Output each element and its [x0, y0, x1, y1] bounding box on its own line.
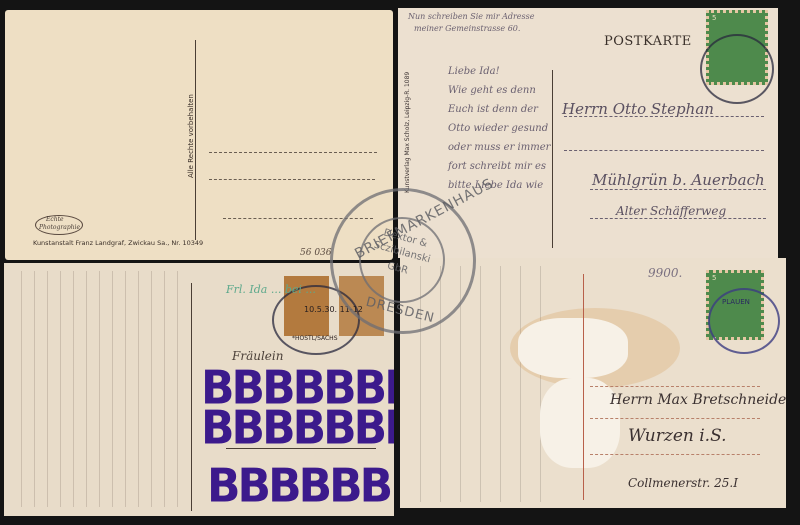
publisher-text: Kunstanstalt Franz Landgraf, Zwickau Sa.…	[33, 239, 203, 247]
divider-line	[195, 40, 196, 240]
divider-line	[191, 283, 192, 511]
address-line-1	[209, 152, 377, 153]
address-rule-2	[590, 418, 760, 419]
green-handwriting: Frl. Ida ... bei ...	[226, 283, 316, 296]
address-rule-1	[564, 116, 764, 117]
postmark-cancel	[700, 34, 774, 104]
address-line-2: Mühlgrün b. Auerbach	[592, 171, 765, 189]
address-rule-1	[590, 386, 760, 387]
postcard-bottom-left: 10.5.30. 11-12 *HOSTL/SACHS Frl. Ida ...…	[4, 263, 394, 516]
address-rule-3	[590, 454, 760, 455]
address-rule-3	[590, 189, 766, 190]
obliteration-row-3: BBBBBBBB	[207, 464, 394, 510]
message-handwriting-texture	[12, 271, 190, 507]
pencil-price: 9900.	[648, 266, 682, 280]
obliteration-row-2: BBBBBBBB	[201, 406, 394, 452]
address-line-3: Alter Schäfferweg	[616, 204, 726, 218]
postmark-city: PLAUEN	[722, 298, 750, 306]
header-handwriting-1: Nun schreiben Sie mir Adresse	[408, 12, 534, 21]
header-handwriting-2: meiner Gemeinstrasse 60.	[414, 24, 520, 33]
pencil-note: 56 036	[300, 248, 332, 258]
rights-reserved-text: Alle Rechte vorbehalten	[187, 94, 195, 178]
postkarte-title: POSTKARTE	[604, 34, 692, 49]
postmark-place: *HOSTL/SACHS	[292, 335, 338, 342]
publisher-vertical-text: Kunstverlag Max Scholz, Leipzig-R. 1089	[404, 72, 411, 193]
divider-line	[583, 274, 584, 500]
address-rule-2	[564, 150, 764, 151]
paper-thin-spot	[518, 318, 628, 378]
postcard-top-left: Alle Rechte vorbehalten Echte Photograph…	[5, 10, 393, 260]
divider-line	[552, 70, 553, 248]
address-line-2: Wurzen i.S.	[628, 426, 727, 446]
dealer-watermark-stamp: BRIEFMARKENHAUS DRESDEN Dextor & Sczibil…	[330, 188, 476, 334]
message-text: Liebe Ida! Wie geht es denn Euch ist den…	[448, 62, 550, 195]
address-rule	[226, 448, 376, 449]
echte-photographie-logo: Echte Photographie	[35, 215, 83, 235]
address-line-1: Herrn Max Bretschneider	[610, 392, 786, 408]
address-line-3: Collmenerstr. 25.I	[628, 476, 738, 490]
address-rule-4	[590, 218, 766, 219]
address-line-2	[209, 179, 375, 180]
